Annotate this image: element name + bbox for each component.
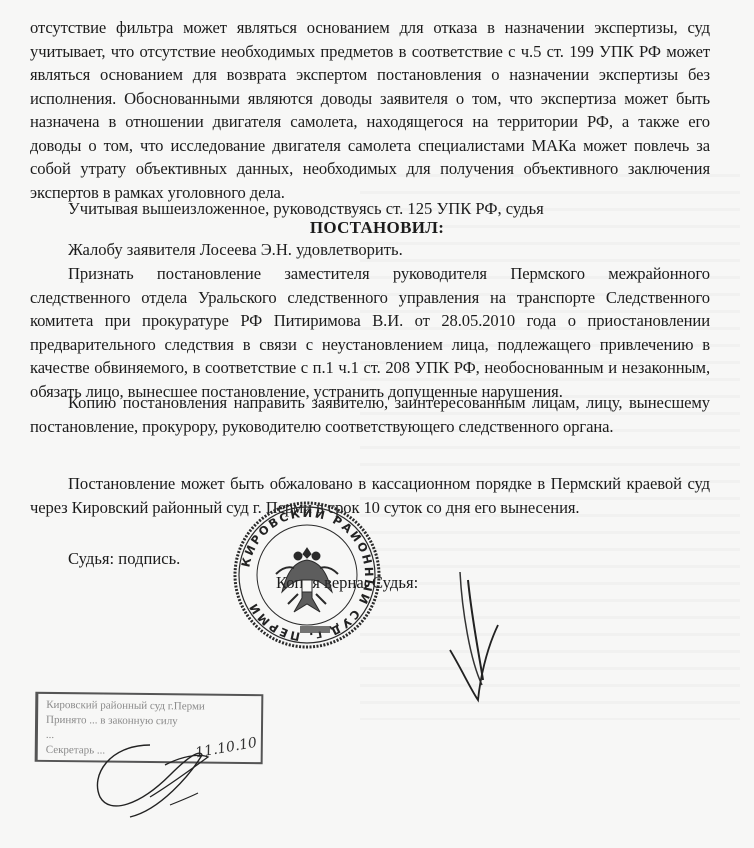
document-page: отсутствие фильтра может являться основа… (0, 0, 754, 848)
paragraph-satisfy-complaint: Жалобу заявителя Лосеева Э.Н. удовлетвор… (68, 240, 403, 260)
paragraph-declare-unlawful: Признать постановление заместителя руков… (30, 262, 710, 403)
judge-signature-label: Судья: подпись. (68, 549, 180, 569)
receipt-stamp-line: Принято ... в законную силу (46, 713, 253, 730)
judge-signature-icon (430, 560, 520, 720)
paragraph-send-copy: Копию постановления направить заявителю,… (30, 391, 710, 438)
paper-show-through (360, 160, 740, 720)
ruling-heading: ПОСТАНОВИЛ: (0, 218, 754, 238)
paragraph-expertise-reasoning: отсутствие фильтра может являться основа… (30, 16, 710, 204)
paragraph-considering: Учитывая вышеизложенное, руководствуясь … (68, 199, 544, 219)
court-seal: КИРОВСКИЙ РАЙОННЫЙ СУД г. ПЕРМИ (232, 500, 382, 650)
court-seal-emblem-icon: КИРОВСКИЙ РАЙОННЫЙ СУД г. ПЕРМИ (232, 500, 382, 650)
secretary-signature-icon (90, 735, 230, 825)
